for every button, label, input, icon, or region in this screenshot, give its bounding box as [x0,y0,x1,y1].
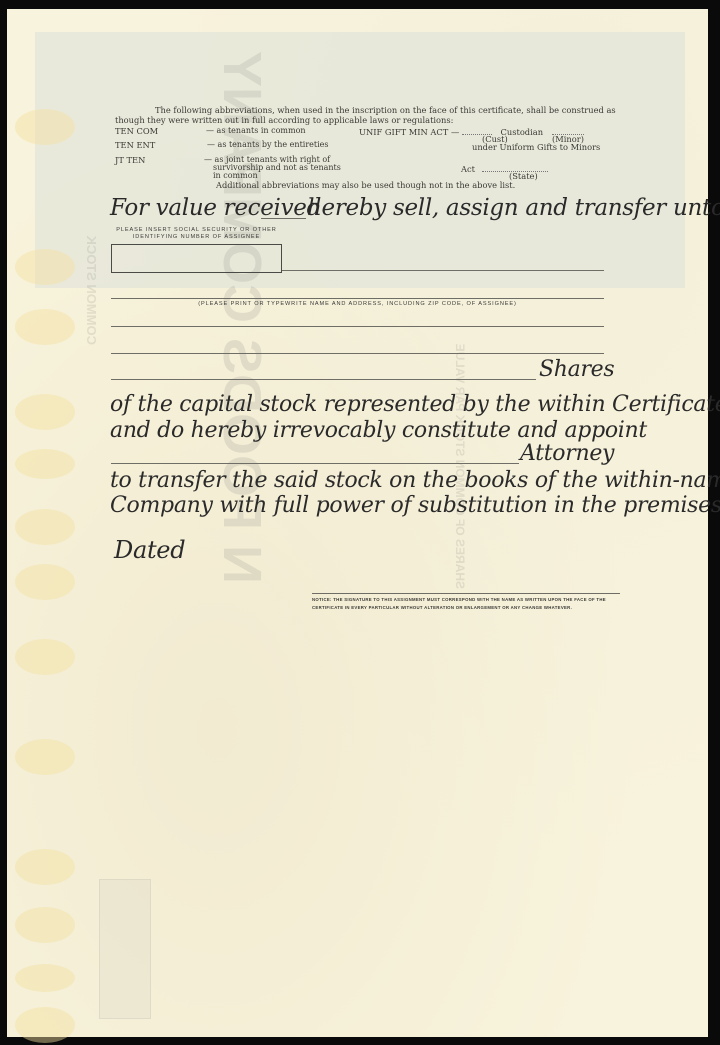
stain [15,639,75,675]
abbr-meaning-ten-com: — as tenants in common [206,126,306,135]
hereby-transfer-text: hereby sell, assign and transfer unto [307,195,720,221]
dated-text: Dated [114,536,185,564]
signature-notice: NOTICE: THE SIGNATURE TO THIS ASSIGNMENT… [312,593,620,612]
stain [15,109,75,145]
assignee-line-4[interactable] [111,353,604,354]
stain [15,394,75,430]
shares-text: Shares [539,357,614,382]
assignee-line-3[interactable] [111,326,604,327]
certificate-paper: COMMON STOCK N FOODS COMPANY SHARES OF C… [7,9,708,1037]
abbreviations-footer: Additional abbreviations may also be use… [216,180,515,190]
transfer-stock-text: to transfer the said stock on the books … [110,468,720,493]
abbr-meaning-jt-ten-line3: in common [213,171,258,180]
ssn-input-box[interactable] [111,244,282,273]
abbr-meaning-ten-ent: — as tenants by the entireties [207,140,329,149]
unif-gift-label: UNIF GIFT MIN ACT — Custodian [359,126,584,137]
act-label-text: Act [461,164,475,174]
abbr-code-ten-ent: TEN ENT [115,140,155,150]
capital-stock-text: of the capital stock represented by the … [110,392,720,417]
ssn-label-line2: IDENTIFYING NUMBER OF ASSIGNEE [104,234,289,240]
unif-gift-min-act-label: UNIF GIFT MIN ACT — [359,127,459,137]
stain [15,564,75,600]
name-address-label: (PLEASE PRINT OR TYPEWRITE NAME AND ADDR… [111,301,604,307]
stain [15,509,75,545]
abbreviations-intro: The following abbreviations, when used i… [115,105,625,125]
bleed-through-common-stock: COMMON STOCK [84,235,99,345]
under-ugma-text: under Uniform Gifts to Minors [472,142,600,152]
abbr-code-jt-ten: JT TEN [115,155,145,165]
stain [15,849,75,885]
shares-count-line[interactable] [111,379,536,380]
stain [15,1007,75,1043]
attorney-name-line[interactable] [111,463,519,464]
stain [15,964,75,992]
stain [15,449,75,479]
abbr-code-ten-com: TEN COM [115,126,158,136]
bleed-through-panel [99,879,151,1019]
substitution-text: Company with full power of substitution … [110,493,720,518]
stain [15,309,75,345]
for-value-rule [261,218,306,219]
appoint-text: and do hereby irrevocably constitute and… [110,418,647,443]
stain [15,249,75,285]
stain [15,739,75,775]
bleed-through-shares-text: SHARES OF COMMON STOCK PAR VALUE [453,344,467,589]
ssn-label-line1: PLEASE INSERT SOCIAL SECURITY OR OTHER [104,227,289,233]
stain [15,907,75,943]
attorney-text: Attorney [520,441,614,466]
assignee-line-1[interactable] [282,270,604,271]
assignee-line-2[interactable] [111,298,604,299]
